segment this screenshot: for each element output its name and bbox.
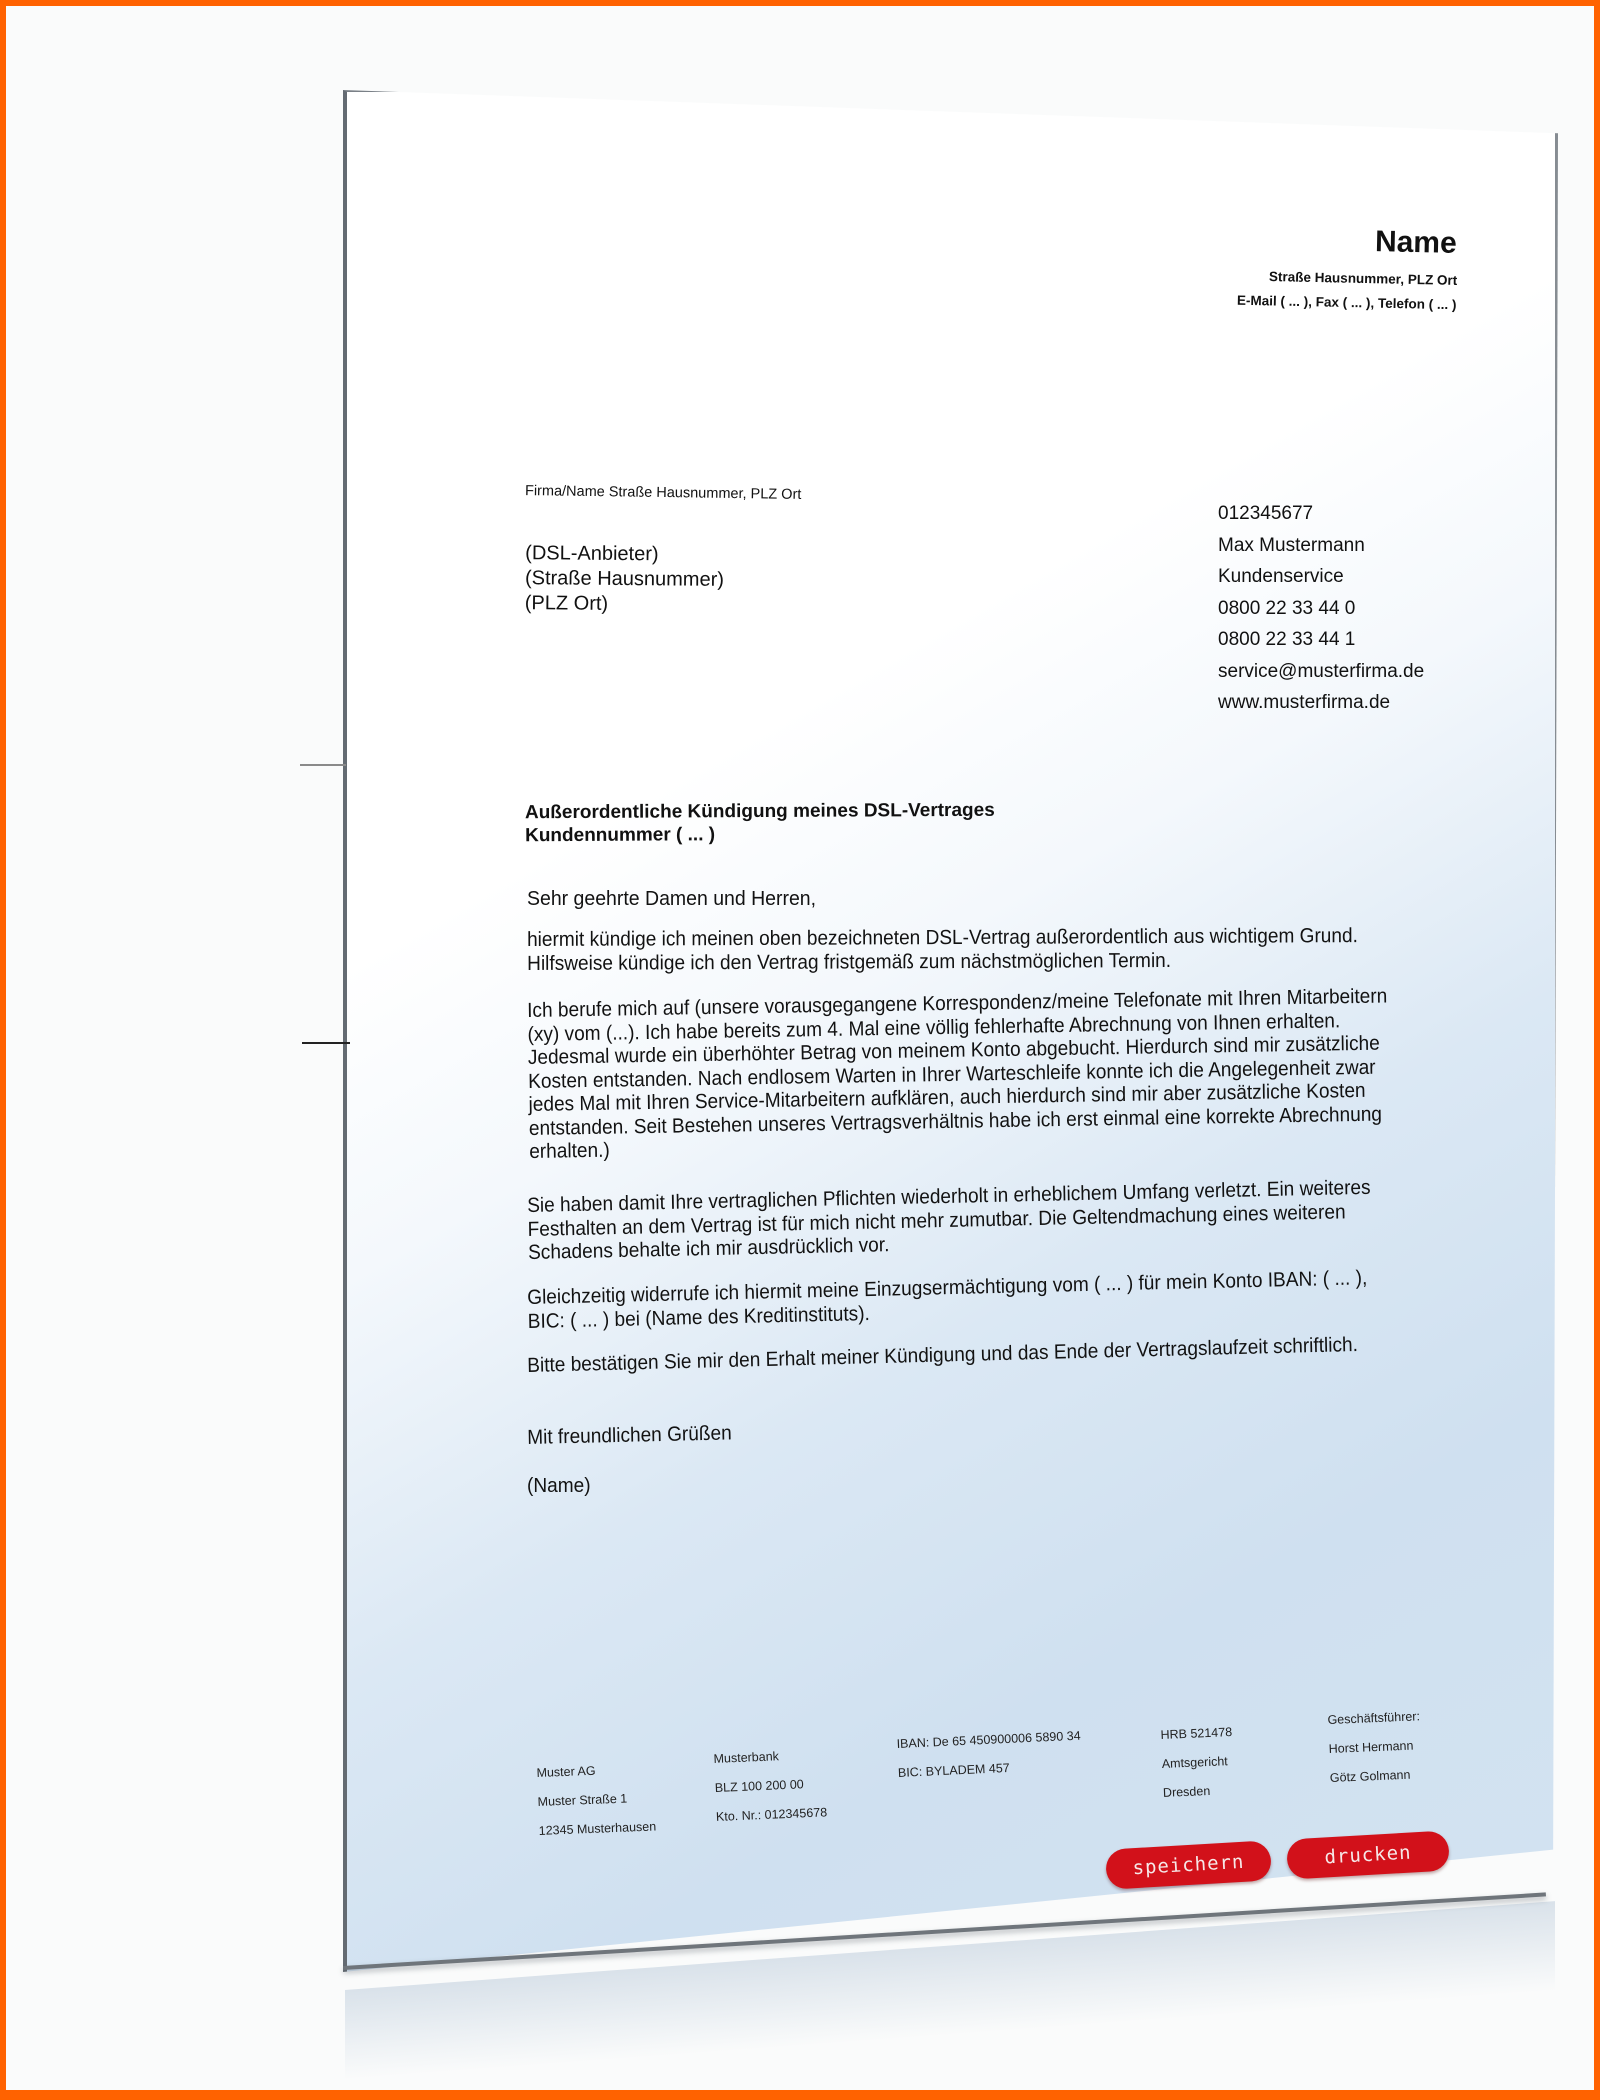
footer-account: Kto. Nr.: 012345678: [715, 1798, 827, 1832]
signature: (Name): [527, 1474, 1364, 1498]
footer-court-city: Dresden: [1162, 1776, 1235, 1808]
footer-blz: BLZ 100 200 00: [714, 1769, 826, 1803]
customer-number: 012345677: [1218, 498, 1424, 530]
footer-manager-1: Horst Hermann: [1328, 1731, 1421, 1764]
footer-court: Amtsgericht: [1161, 1747, 1234, 1779]
footer-register: HRB 521478 Amtsgericht Dresden: [1160, 1718, 1235, 1808]
sender-contact: E-Mail ( ... ), Fax ( ... ), Telefon ( .…: [1237, 293, 1457, 313]
footer-bank-name: Musterbank: [713, 1740, 825, 1774]
letter-content: Name Straße Hausnummer, PLZ Ort E-Mail (…: [343, 90, 1551, 1970]
subject-title: Außerordentliche Kündigung meines DSL-Ve…: [525, 799, 995, 824]
footer-company-name: Muster AG: [536, 1754, 654, 1787]
paragraph-5: Bitte bestätigen Sie mir den Erhalt mein…: [527, 1332, 1397, 1378]
sender-address: Straße Hausnummer, PLZ Ort: [1269, 269, 1458, 288]
subject: Außerordentliche Kündigung meines DSL-Ve…: [525, 799, 995, 847]
paragraph-1: hiermit kündige ich meinen oben bezeichn…: [527, 924, 1392, 975]
paragraph-3: Sie haben damit Ihre vertraglichen Pflic…: [527, 1175, 1398, 1264]
footer-management: Geschäftsführer: Horst Hermann Götz Golm…: [1327, 1702, 1423, 1793]
department: Kundenservice: [1218, 561, 1424, 593]
recipient-address: (DSL-Anbieter) (Straße Hausnummer) (PLZ …: [525, 541, 725, 618]
footer-iban: IBAN: De 65 450900006 5890 34 BIC: BYLAD…: [896, 1722, 1083, 1788]
email: service@musterfirma.de: [1218, 656, 1424, 688]
punch-mark: [302, 1042, 350, 1044]
print-button[interactable]: drucken: [1286, 1830, 1450, 1879]
customer-number-ref: Kundennummer ( ... ): [525, 822, 995, 847]
paragraph-4: Gleichzeitig widerrufe ich hiermit meine…: [527, 1266, 1397, 1333]
footer-hrb: HRB 521478: [1160, 1718, 1233, 1750]
footer-company-street: Muster Straße 1: [537, 1783, 655, 1816]
footer-manager-2: Götz Golmann: [1329, 1760, 1422, 1793]
contact-block: 012345677 Max Mustermann Kundenservice 0…: [1218, 498, 1424, 719]
footer-management-label: Geschäftsführer:: [1327, 1702, 1420, 1735]
recipient-street: (Straße Hausnummer): [525, 566, 724, 593]
contact-person: Max Mustermann: [1218, 530, 1424, 562]
footer-company-city: 12345 Musterhausen: [538, 1812, 656, 1845]
paragraph-2: Ich berufe mich auf (unsere vorausgegang…: [527, 984, 1399, 1163]
salutation: Sehr geehrte Damen und Herren,: [527, 887, 1382, 911]
footer-company: Muster AG Muster Straße 1 12345 Musterha…: [536, 1754, 657, 1845]
website: www.musterfirma.de: [1218, 687, 1424, 719]
phone: 0800 22 33 44 0: [1218, 593, 1424, 625]
sender-name: Name: [1375, 225, 1457, 261]
fold-mark: [300, 764, 346, 766]
recipient-city: (PLZ Ort): [525, 591, 724, 618]
recipient-name: (DSL-Anbieter): [525, 541, 724, 568]
save-button[interactable]: speichern: [1105, 1840, 1272, 1889]
return-address: Firma/Name Straße Hausnummer, PLZ Ort: [525, 483, 802, 503]
closing: Mit freundlichen Grüßen: [527, 1407, 1364, 1449]
fax: 0800 22 33 44 1: [1218, 624, 1424, 656]
footer-bank: Musterbank BLZ 100 200 00 Kto. Nr.: 0123…: [713, 1740, 828, 1832]
